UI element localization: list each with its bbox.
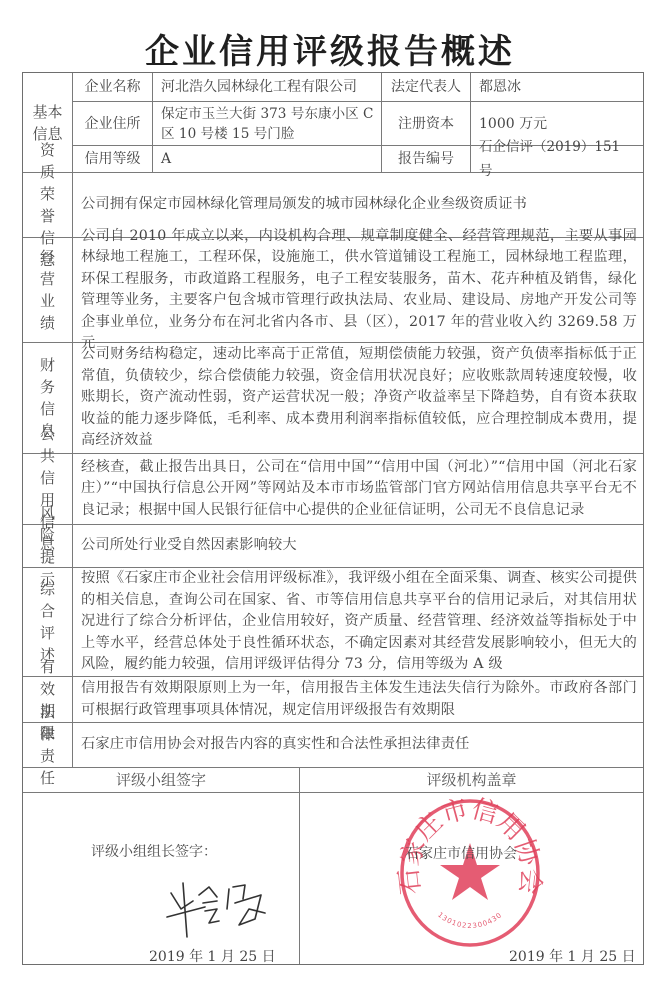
report-number-label: 报告编号 [382,146,471,173]
performance-label: 经营业绩 [34,246,62,334]
financial-text: 公司财务结构稳定，速动比率高于正常值，短期偿债能力较强，资产负债率指标低于正常值… [73,343,643,454]
company-address-value: 保定市玉兰大街 373 号东康小区 C 区 10 号楼 15 号门脸 [153,102,382,146]
review-label: 综合评述 [34,578,62,666]
rating-team-signature-area: 评级小组组长签字： 2019 年 1 月 25 日 [23,793,300,964]
report-number-value: 石企信评（2019）151 号 [471,146,643,173]
legal-label-cell: 法律责任 [23,723,73,768]
credit-grade-label: 信用等级 [73,146,153,173]
performance-label-cell: 经营业绩 [23,238,73,343]
legal-rep-value: 都恩冰 [471,73,643,102]
credit-grade-value: A [153,146,382,173]
legal-rep-label: 法定代表人 [382,73,471,102]
svg-text:1301022300430: 1301022300430 [436,911,504,930]
seal-org-name: 石家庄市信用协会 [405,842,517,866]
rating-agency-seal-header: 评级机构盖章 [300,768,643,793]
company-name-label: 企业名称 [73,73,153,102]
review-text: 按照《石家庄市企业社会信用评级标准》，我评级小组在全面采集、调查、核实公司提供的… [73,568,643,677]
performance-text: 公司自 2010 年成立以来，内设机构合理、规章制度健全、经营管理规范，主要从事… [73,238,643,343]
risk-label-cell: 风险提示 [23,525,73,568]
team-signature-date: 2019 年 1 月 25 日 [149,945,276,969]
company-name-value: 河北浩久园林绿化工程有限公司 [153,73,382,102]
public-credit-text: 经核查，截止报告出具日，公司在“信用中国”“信用中国（河北）”“信用中国（河北石… [73,454,643,525]
qualification-label-cell: 资质荣誉信息 [23,173,73,238]
handwritten-signature-icon [165,879,275,941]
legal-text: 石家庄市信用协会对报告内容的真实性和合法性承担法律责任 [73,723,643,768]
page-title: 企业信用评级报告概述 [0,24,660,73]
rating-agency-seal-area: 石家庄市信用协会 1301022300430 石家庄市信用协会 2019 年 1… [300,793,643,964]
team-leader-signature-label: 评级小组组长签字： [91,840,217,864]
basic-info-label: 基本信息 [31,101,65,145]
report-table: 基本信息 企业名称 河北浩久园林绿化工程有限公司 法定代表人 都恩冰 企业住所 … [22,72,644,965]
validity-text: 信用报告有效期限原则上为一年，信用报告主体发生违法失信行为除外。市政府各部门可根… [73,677,643,723]
company-address-label: 企业住所 [73,102,153,146]
rating-team-signature-header: 评级小组签字 [23,768,300,793]
registered-capital-label: 注册资本 [382,102,471,146]
agency-seal-date: 2019 年 1 月 25 日 [509,945,636,969]
risk-text: 公司所处行业受自然因素影响较大 [73,525,643,568]
official-seal-icon: 石家庄市信用协会 1301022300430 [395,793,545,947]
